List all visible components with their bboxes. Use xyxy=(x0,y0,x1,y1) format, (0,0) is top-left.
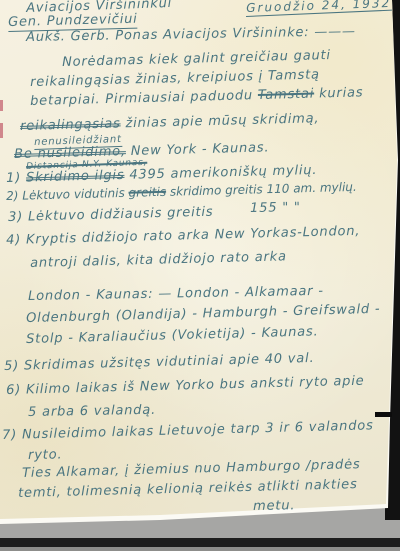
body-line-2: reikalingąsias žinias, kreipiuos į Tamst… xyxy=(30,68,320,89)
struck-text: Tamstai xyxy=(258,87,315,103)
text-segment: antroji dalis, kita didžiojo rato arka xyxy=(30,249,287,271)
text-segment: betarpiai. Pirmiausiai paduodu xyxy=(30,88,258,109)
text-segment: London - Kaunas: — London - Alkamaar - xyxy=(28,284,324,304)
text-segment: Oldenburgh (Olandija) - Hamburgh - Greif… xyxy=(26,302,381,326)
struck-text: reikalingąsias xyxy=(20,116,121,134)
text-segment: 1) xyxy=(6,170,26,186)
text-segment: 3) Lėktuvo didžiausis greitis xyxy=(8,205,214,225)
route-line-1: London - Kaunas: — London - Alkamaar - xyxy=(28,285,324,303)
list-item-6b: 5 arba 6 valandą. xyxy=(28,404,156,419)
list-item-3: 3) Lėktuvo didžiausis greitis xyxy=(8,206,214,224)
list-item-4b: antroji dalis, kita didžiojo rato arka xyxy=(30,250,287,270)
list-item-4a: 4) Kryptis didžiojo rato arka New Yorkas… xyxy=(6,225,360,247)
scanned-letter: Aviacijos ViršininkuiGen. PundzevičiuiGr… xyxy=(0,0,400,551)
struck-text: greitis xyxy=(128,185,166,200)
text-segment: 5 arba 6 valandą. xyxy=(28,403,156,420)
text-segment: kurias xyxy=(314,85,364,101)
text-segment: skridimo greitis 110 am. mylių. xyxy=(166,180,357,199)
text-segment: žinias apie mūsų skridimą, xyxy=(120,111,319,131)
closing-line-3: metu. xyxy=(253,499,295,513)
red-edge-mark xyxy=(0,100,3,111)
recipient-line-2: Gen. Pundzevičiui xyxy=(8,13,138,29)
film-edge-mark xyxy=(375,412,392,417)
closing-line-1: Ties Alkamar, į žiemius nuo Hamburgo /pr… xyxy=(22,458,361,480)
text-segment: New York - Kaunas. xyxy=(126,140,270,159)
text-segment: ryto. xyxy=(28,447,62,463)
red-edge-mark xyxy=(0,123,3,138)
body-line-3: betarpiai. Pirmiausiai paduodu Tamstai k… xyxy=(30,86,364,108)
struck-text: Skridimo ilgis xyxy=(26,168,125,186)
text-segment: 7) Nusileidimo laikas Lietuvoje tarp 3 i… xyxy=(2,418,374,443)
text-segment: 155 " " xyxy=(250,200,301,216)
text-segment: Norėdamas kiek galint greičiau gauti xyxy=(62,48,331,70)
ditto-155: 155 " " xyxy=(250,201,301,215)
text-segment: metu. xyxy=(253,498,295,514)
body-line-1: Norėdamas kiek galint greičiau gauti xyxy=(62,49,331,69)
text-segment: 4) Kryptis didžiojo rato arka New Yorkas… xyxy=(6,224,360,248)
list-item-7b: ryto. xyxy=(28,448,62,462)
text-segment: 6) Kilimo laikas iš New Yorko bus anksti… xyxy=(6,374,365,398)
list-item-5: 5) Skridimas užsitęs vidutiniai apie 40 … xyxy=(4,352,315,373)
text-segment: 2) Lėktuvo vidutinis xyxy=(6,186,129,203)
route-line-3: Stolp - Karaliaučius (Vokietija) - Kauna… xyxy=(26,325,319,346)
text-segment: 4395 amerikoniškų mylių. xyxy=(124,163,317,183)
text-segment: temti, tolimesnią kelionią reikės atlikt… xyxy=(18,477,358,501)
list-item-6a: 6) Kilimo laikas iš New Yorko bus anksti… xyxy=(6,375,365,397)
body-line-4: reikalingąsias žinias apie mūsų skridimą… xyxy=(20,112,320,133)
text-segment: Stolp - Karaliaučius (Vokietija) - Kauna… xyxy=(26,324,319,347)
handwriting-layer: Aviacijos ViršininkuiGen. PundzevičiuiGr… xyxy=(0,0,400,551)
list-item-7a: 7) Nusileidimo laikas Lietuvoje tarp 3 i… xyxy=(2,419,374,442)
closing-line-2: temti, tolimesnią kelionią reikės atlikt… xyxy=(18,478,358,500)
text-segment: 5) Skridimas užsitęs vidutiniai apie 40 … xyxy=(4,351,315,374)
route-line-2: Oldenburgh (Olandija) - Hamburgh - Greif… xyxy=(26,303,381,325)
